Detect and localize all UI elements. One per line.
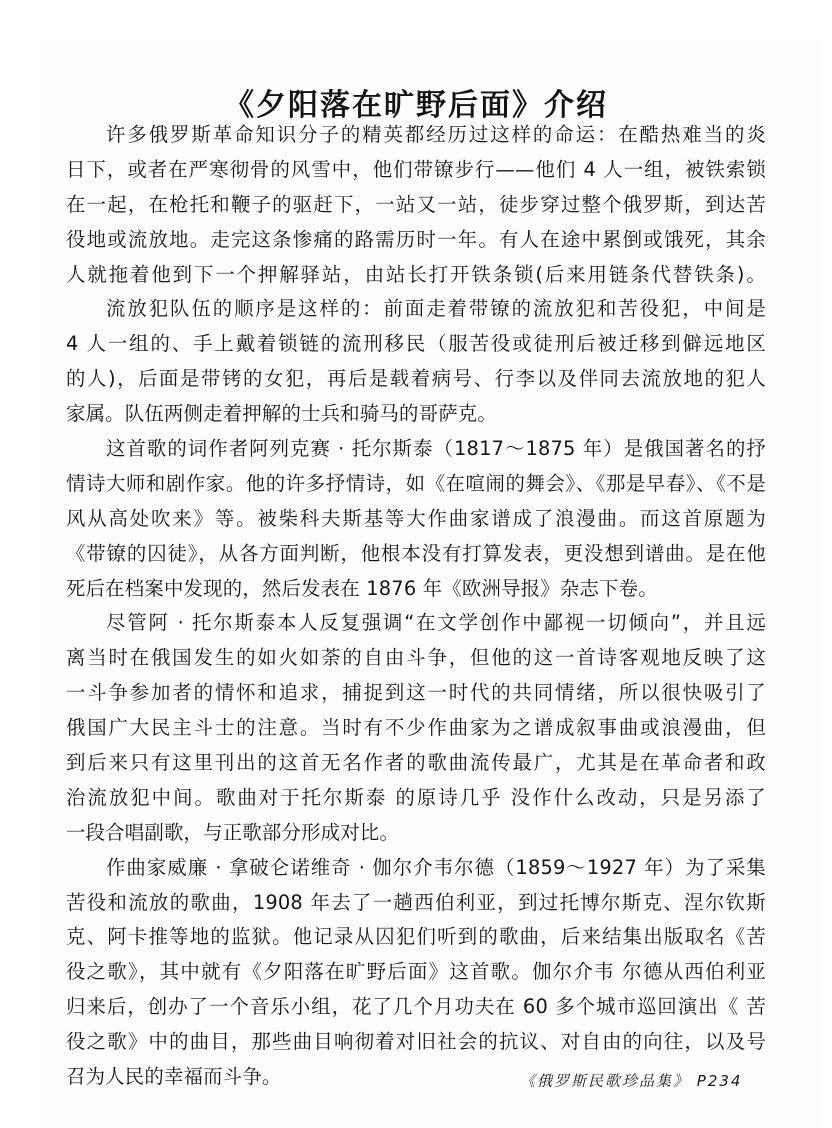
- text-line: 日下，或者在严寒彻骨的风雪中，他们带镣步行——他们 4 人一组，被铁索锁: [66, 153, 766, 188]
- text-line: 的人)，后面是带铐的女犯，再后是载着病号、行李以及伴同去流放地的犯人: [66, 362, 766, 397]
- text-line: 死后在档案中发现的，然后发表在 1876 年《欧洲导报》杂志下卷。: [66, 572, 766, 607]
- paragraph-1: 许多俄罗斯革命知识分子的精英都经历过这样的命运：在酷热难当的炎 日下，或者在严寒…: [66, 118, 766, 292]
- paragraph-3: 这首歌的词作者阿列克赛 · 托尔斯泰（1817～1875 年）是俄国著名的抒 情…: [66, 432, 766, 606]
- text-line: 尽管阿 · 托尔斯泰本人反复强调“在文学创作中鄙视一切倾向”，并且远: [66, 606, 766, 641]
- text-line: 4 人一组的、手上戴着锁链的流刑移民（服苦役或徒刑后被迁移到僻远地区: [66, 327, 766, 362]
- text-line: 治流放犯中间。歌曲对于托尔斯泰 的原诗几乎 没作什么改动，只是另添了: [66, 781, 766, 816]
- text-line: 到后来只有这里刊出的这首无名作者的歌曲流传最广，尤其是在革命者和政: [66, 746, 766, 781]
- text-line: 役之歌》中的曲目，那些曲目响彻着对旧社会的抗议、对自由的向往，以及号: [66, 1025, 766, 1060]
- text-line: 人就拖着他到下一个押解驿站，由站长打开铁条锁(后来用链条代替铁条)。: [66, 258, 766, 293]
- text-line: 家属。队伍两侧走着押解的士兵和骑马的哥萨克。: [66, 397, 766, 432]
- document-body: 许多俄罗斯革命知识分子的精英都经历过这样的命运：在酷热难当的炎 日下，或者在严寒…: [66, 118, 766, 1095]
- text-line: 苦役和流放的歌曲，1908 年去了一趟西伯利亚，到过托博尔斯克、涅尔钦斯: [66, 886, 766, 921]
- paragraph-4: 尽管阿 · 托尔斯泰本人反复强调“在文学创作中鄙视一切倾向”，并且远 离当时在俄…: [66, 606, 766, 850]
- text-line: 《带镣的囚徒》，从各方面判断，他根本没有打算发表，更没想到谱曲。是在他: [66, 537, 766, 572]
- text-line: 风从高处吹来》等。被柴科夫斯基等大作曲家谱成了浪漫曲。而这首原题为: [66, 502, 766, 537]
- text-line: 作曲家威廉 · 拿破仑诺维奇 · 伽尔介韦尔德（1859～1927 年）为了采集: [66, 851, 766, 886]
- text-line: 一段合唱副歌，与正歌部分形成对比。: [66, 816, 766, 851]
- text-line: 克、阿卡推等地的监狱。他记录从囚犯们听到的歌曲，后来结集出版取名《苦: [66, 920, 766, 955]
- text-line: 离当时在俄国发生的如火如荼的自由斗争，但他的这一首诗客观地反映了这: [66, 641, 766, 676]
- text-line: 一斗争参加者的情怀和追求，捕捉到这一时代的共同情绪，所以很快吸引了: [66, 676, 766, 711]
- text-line: 役地或流放地。走完这条惨痛的路需历时一年。有人在途中累倒或饿死，其余: [66, 223, 766, 258]
- text-line: 在一起，在枪托和鞭子的驱赶下，一站又一站，徒步穿过整个俄罗斯，到达苦: [66, 188, 766, 223]
- text-line: 俄国广大民主斗士的注意。当时有不少作曲家为之谱成叙事曲或浪漫曲，但: [66, 711, 766, 746]
- paragraph-5: 作曲家威廉 · 拿破仑诺维奇 · 伽尔介韦尔德（1859～1927 年）为了采集…: [66, 851, 766, 1095]
- source-citation: 《俄罗斯民歌珍品集》 P234: [520, 1070, 742, 1091]
- text-line: 这首歌的词作者阿列克赛 · 托尔斯泰（1817～1875 年）是俄国著名的抒: [66, 432, 766, 467]
- text-line: 情诗大师和剧作家。他的许多抒情诗，如《在喧闹的舞会》、《那是早春》、《不是: [66, 467, 766, 502]
- text-line: 许多俄罗斯革命知识分子的精英都经历过这样的命运：在酷热难当的炎: [66, 118, 766, 153]
- text-line: 归来后，创办了一个音乐小组，花了几个月功夫在 60 多个城市巡回演出《 苦: [66, 990, 766, 1025]
- paragraph-2: 流放犯队伍的顺序是这样的：前面走着带镣的流放犯和苦役犯，中间是 4 人一组的、手…: [66, 292, 766, 432]
- text-line: 流放犯队伍的顺序是这样的：前面走着带镣的流放犯和苦役犯，中间是: [66, 292, 766, 327]
- text-line: 役之歌》，其中就有《夕阳落在旷野后面》这首歌。伽尔介韦 尔德从西伯利亚: [66, 955, 766, 990]
